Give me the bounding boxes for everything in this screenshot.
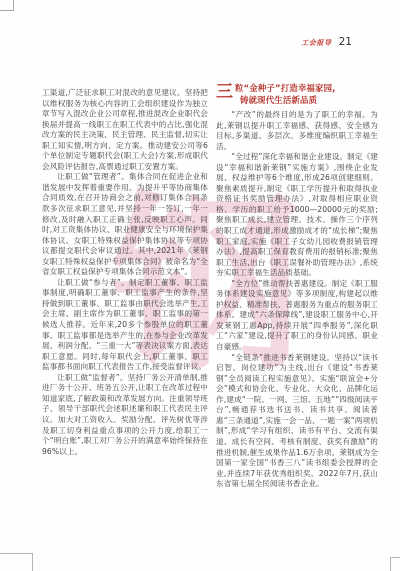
left-paragraph-3: 让职工做“参与者”。制定职工董事、职工监事制度,明确职工董事、职工监事产生的条件…: [42, 278, 208, 373]
crop-corner-bottom-right: [390, 557, 400, 571]
left-paragraph-2: 让职工做“管理者”。集体合同在促进企业和谐发展中发挥着重要作用。为提升平等协商集…: [42, 172, 208, 277]
section-heading-line1: 粒“金种子”打造幸福家园,: [235, 83, 336, 95]
section-heading-line2: 铸就现代生活新品质: [235, 95, 336, 107]
left-column: 工渠道,广泛征求职工对混改的意见建议。坚持把以维权服务为核心内容的工会组织建设作…: [42, 88, 208, 457]
right-paragraph-4: “全链条”推进书香莱钢建设。坚持以“读书启智、岗位建功”为主线,出台《建设“书香…: [216, 353, 378, 490]
journal-title: 工会报导: [301, 38, 331, 48]
page-number: 21: [339, 36, 352, 48]
left-paragraph-1: 工渠道,广泛征求职工对混改的意见建议。坚持把以维权服务为核心内容的工会组织建设作…: [42, 88, 208, 172]
right-column: 三 粒“金种子”打造幸福家园, 铸就现代生活新品质 “产改”的最终目的是为了职工…: [216, 82, 378, 490]
left-paragraph-4: 让职工做“监督者”。坚持厂务公开清单制,推进厂务十公开、班务五公开,让职工在改革…: [42, 373, 208, 457]
section-heading-lines: 粒“金种子”打造幸福家园, 铸就现代生活新品质: [235, 82, 336, 106]
right-paragraph-2: “全过程”深化幸福和谐企业建设。制定《建设“幸福和谐新莱钢”实施方案》,围绕企业…: [216, 152, 378, 279]
right-paragraph-1: “产改”的最终目的是为了职工的幸福。为此,莱钢以提升职工幸福感、获得感、安全感为…: [216, 110, 378, 152]
crop-corner-top-left: [0, 0, 14, 11]
section-number-char: 三: [216, 82, 233, 102]
magazine-page: 钢 工会报导 21 工渠道,广泛征求职工对混改的意见建议。坚持把以维权服务为核心…: [0, 0, 400, 571]
section-heading: 三 粒“金种子”打造幸福家园, 铸就现代生活新品质: [216, 82, 378, 106]
page-header: 工会报导 21: [0, 36, 352, 48]
right-paragraph-3: “全方位”推动帮扶普惠建设。制定《职工服务体系建设实施意见》等多项制度,构建起以…: [216, 279, 378, 353]
crop-corner-bottom-left: [0, 553, 33, 571]
